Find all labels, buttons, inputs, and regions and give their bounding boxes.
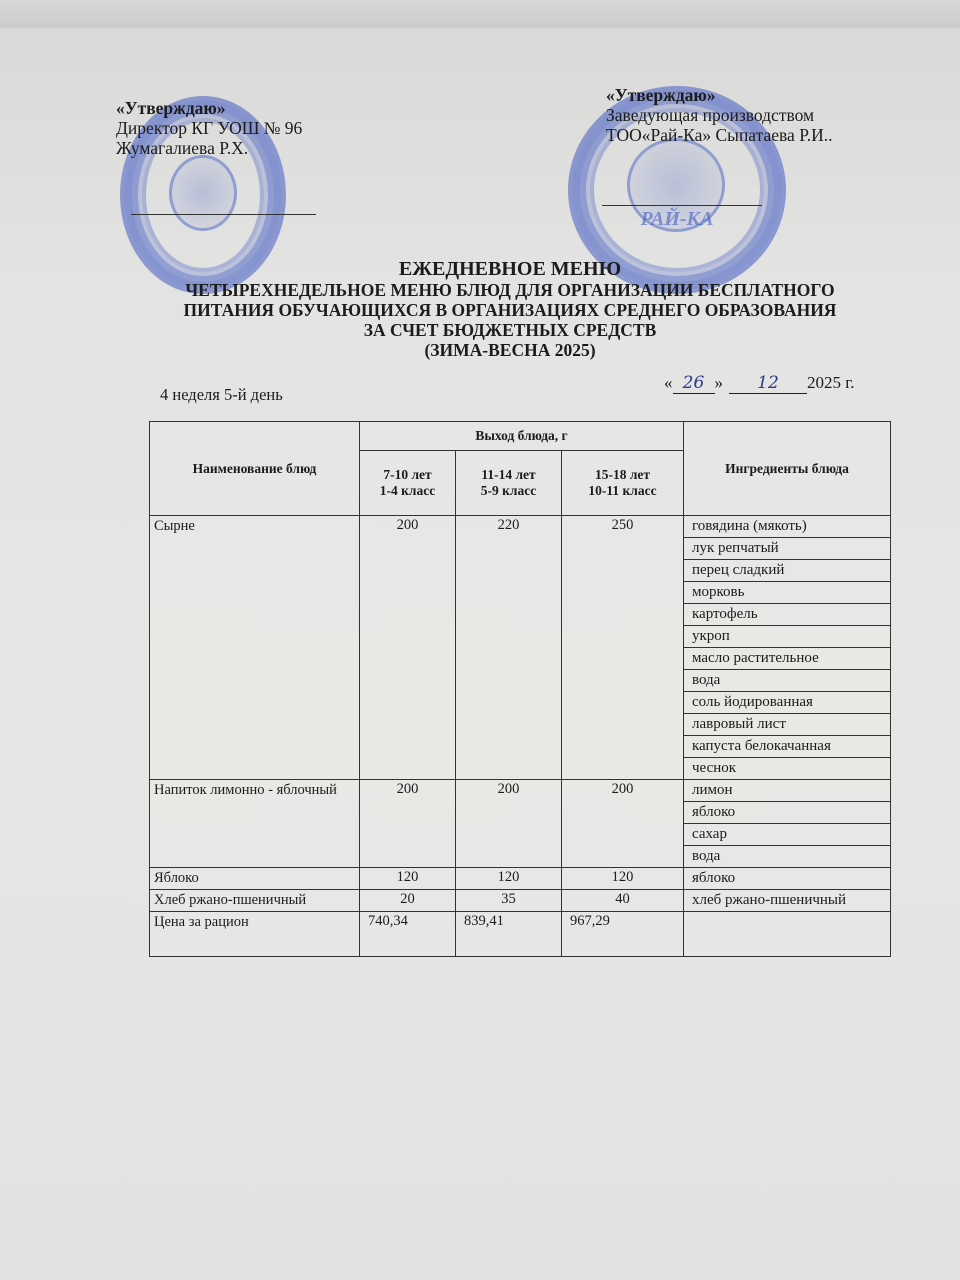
ingredient: хлеб ржано-пшеничный — [684, 890, 891, 912]
table-row: Яблоко120120120яблоко — [150, 868, 891, 890]
approval-title: «Утверждаю» — [606, 85, 833, 105]
approver-name: ТОО«Рай-Ка» Сыпатаева Р.И.. — [606, 125, 833, 145]
header-yield-group: Выход блюда, г — [360, 422, 684, 451]
date-month: 12 — [729, 373, 807, 394]
ingredient: укроп — [684, 626, 891, 648]
ingredient: лук репчатый — [684, 538, 891, 560]
header-age-group: 15-18 лет10-11 класс — [562, 451, 684, 516]
week-day-label: 4 неделя 5-й день — [160, 385, 283, 405]
state-emblem-icon — [169, 155, 237, 231]
dish-name: Напиток лимонно - яблочный — [150, 780, 360, 868]
header-age-group: 7-10 лет1-4 класс — [360, 451, 456, 516]
approval-block-right: «Утверждаю» Заведующая производством ТОО… — [606, 85, 833, 145]
dish-yield: 200 — [360, 516, 456, 780]
ingredient: капуста белокачанная — [684, 736, 891, 758]
date-day: 26 — [673, 373, 715, 394]
ingredient: перец сладкий — [684, 560, 891, 582]
approval-block-left: «Утверждаю» Директор КГ УОШ № 96 Жумагал… — [116, 98, 302, 158]
dish-yield: 200 — [562, 780, 684, 868]
signature-line-left — [131, 214, 316, 215]
document-title: ЕЖЕДНЕВНОЕ МЕНЮ — [140, 258, 880, 280]
document-headings: ЕЖЕДНЕВНОЕ МЕНЮ ЧЕТЫРЕХНЕДЕЛЬНОЕ МЕНЮ БЛ… — [140, 258, 880, 360]
dish-yield: 120 — [562, 868, 684, 890]
price-label: Цена за рацион — [150, 912, 360, 957]
ingredient: лавровый лист — [684, 714, 891, 736]
subtitle-line: (ЗИМА-ВЕСНА 2025) — [140, 340, 880, 360]
ingredient: яблоко — [684, 802, 891, 824]
ingredient: картофель — [684, 604, 891, 626]
ingredient: лимон — [684, 780, 891, 802]
ingredient: говядина (мякоть) — [684, 516, 891, 538]
subtitle-line: ЧЕТЫРЕХНЕДЕЛЬНОЕ МЕНЮ БЛЮД ДЛЯ ОРГАНИЗАЦ… — [140, 280, 880, 300]
dish-yield: 220 — [456, 516, 562, 780]
stamp-logo-text: РАЙ-КА — [572, 208, 782, 231]
document-date: «26»122025 г. — [664, 373, 855, 394]
header-dish-name: Наименование блюд — [150, 422, 360, 516]
dish-yield: 200 — [456, 780, 562, 868]
quote-close: » — [715, 373, 724, 392]
subtitle-line: ЗА СЧЕТ БЮДЖЕТНЫХ СРЕДСТВ — [140, 320, 880, 340]
ingredient: чеснок — [684, 758, 891, 780]
ingredient: масло растительное — [684, 648, 891, 670]
price-value: 740,34 — [360, 912, 456, 957]
table-row: Хлеб ржано-пшеничный203540хлеб ржано-пше… — [150, 890, 891, 912]
dish-name: Сырне — [150, 516, 360, 780]
menu-table: Наименование блюд Выход блюда, г Ингреди… — [149, 421, 891, 957]
approver-position: Заведующая производством — [606, 105, 833, 125]
table-row: Сырне200220250говядина (мякоть) — [150, 516, 891, 538]
date-year: 2025 г. — [807, 373, 855, 392]
ingredient: соль йодированная — [684, 692, 891, 714]
price-ingredients-empty — [684, 912, 891, 957]
approval-title: «Утверждаю» — [116, 98, 302, 118]
signature-line-right — [602, 205, 762, 206]
table-row: Напиток лимонно - яблочный200200200лимон — [150, 780, 891, 802]
dish-name: Хлеб ржано-пшеничный — [150, 890, 360, 912]
quote-open: « — [664, 373, 673, 392]
dish-yield: 20 — [360, 890, 456, 912]
price-value: 839,41 — [456, 912, 562, 957]
dish-yield: 40 — [562, 890, 684, 912]
ingredient: яблоко — [684, 868, 891, 890]
header-age-group: 11-14 лет5-9 класс — [456, 451, 562, 516]
price-row: Цена за рацион740,34839,41967,29 — [150, 912, 891, 957]
dish-yield: 200 — [360, 780, 456, 868]
ingredient: сахар — [684, 824, 891, 846]
approver-name: Жумагалиева Р.Х. — [116, 138, 302, 158]
dish-name: Яблоко — [150, 868, 360, 890]
ingredient: вода — [684, 846, 891, 868]
dish-yield: 250 — [562, 516, 684, 780]
dish-yield: 35 — [456, 890, 562, 912]
dish-yield: 120 — [360, 868, 456, 890]
subtitle-line: ПИТАНИЯ ОБУЧАЮЩИХСЯ В ОРГАНИЗАЦИЯХ СРЕДН… — [140, 300, 880, 320]
price-value: 967,29 — [562, 912, 684, 957]
dish-yield: 120 — [456, 868, 562, 890]
ingredient: морковь — [684, 582, 891, 604]
ingredient: вода — [684, 670, 891, 692]
approver-position: Директор КГ УОШ № 96 — [116, 118, 302, 138]
header-ingredients: Ингредиенты блюда — [684, 422, 891, 516]
